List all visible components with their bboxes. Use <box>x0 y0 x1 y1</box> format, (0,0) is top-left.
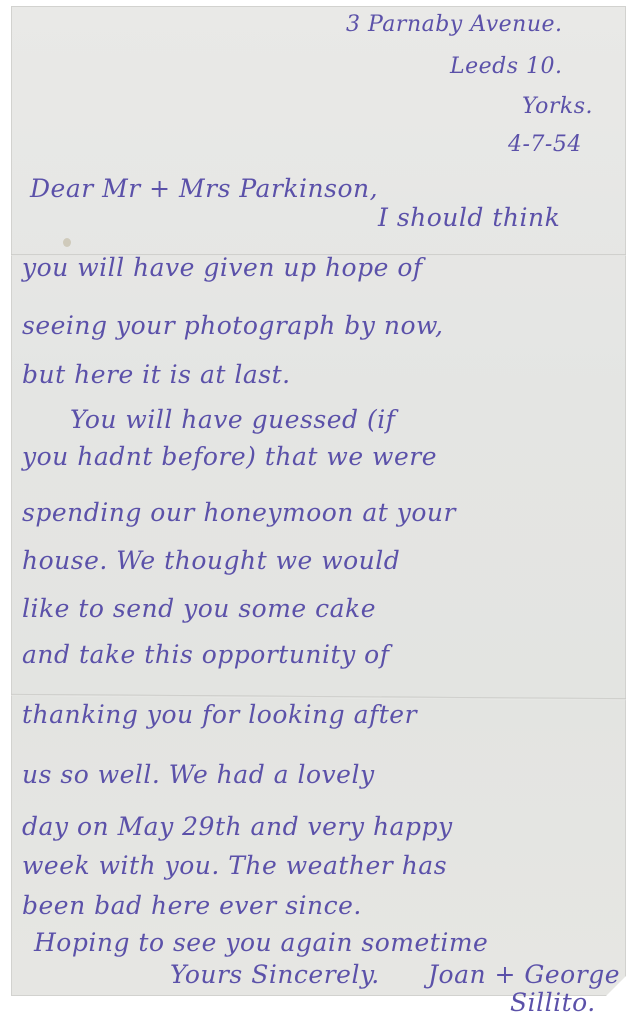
body-line: thanking you for looking after <box>22 702 417 727</box>
address-county: Yorks. <box>522 96 593 118</box>
signature-surname: Sillito. <box>510 990 596 1015</box>
body-line: house. We thought we would <box>22 548 400 573</box>
body-line: you will have given up hope of <box>22 255 423 280</box>
body-line: us so well. We had a lovely <box>22 762 375 787</box>
body-line: been bad here ever since. <box>22 893 362 918</box>
body-line: but here it is at last. <box>22 362 291 387</box>
body-line: I should think <box>378 205 560 230</box>
paper-stain <box>63 238 71 247</box>
body-line: You will have guessed (if <box>70 407 395 432</box>
body-line: you hadnt before) that we were <box>22 444 437 469</box>
body-line: and take this opportunity of <box>22 642 389 667</box>
closing: Yours Sincerely. <box>170 962 380 987</box>
signature-names: Joan + George <box>428 962 620 987</box>
body-line: Hoping to see you again sometime <box>34 930 488 955</box>
letter-date: 4-7-54 <box>508 134 582 156</box>
address-city: Leeds 10. <box>450 56 563 78</box>
body-line: week with you. The weather has <box>22 853 447 878</box>
body-line: day on May 29th and very happy <box>22 814 453 839</box>
body-line: spending our honeymoon at your <box>22 500 456 525</box>
body-line: like to send you some cake <box>22 596 376 621</box>
body-line: seeing your photograph by now, <box>22 313 443 338</box>
salutation: Dear Mr + Mrs Parkinson, <box>30 176 378 201</box>
address-street: 3 Parnaby Avenue. <box>346 14 563 36</box>
